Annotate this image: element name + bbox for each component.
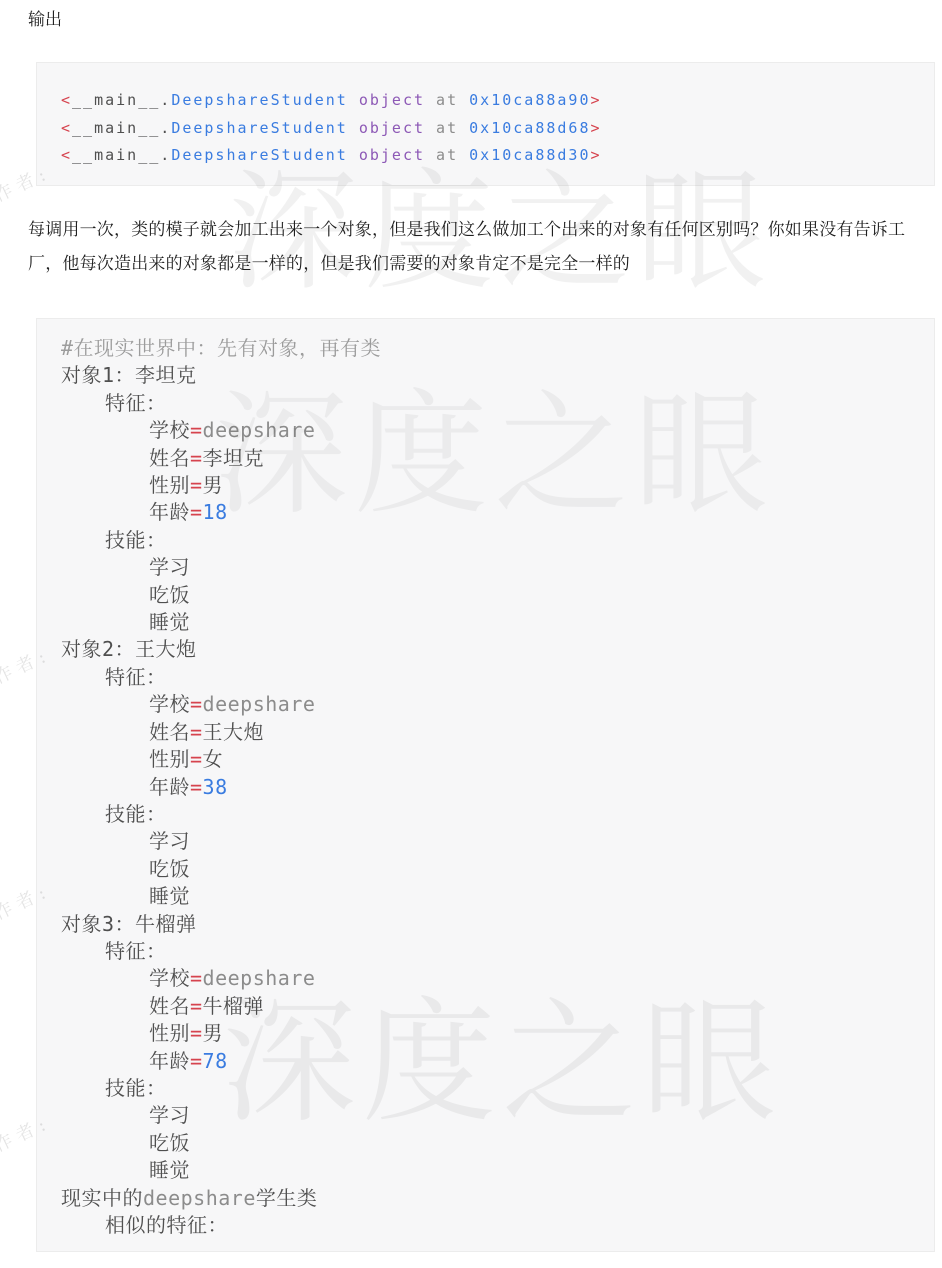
code-token: 年龄: [149, 500, 190, 524]
code-token: 性别: [149, 473, 190, 497]
code-token: object: [359, 91, 425, 109]
code-token: 年龄: [149, 1049, 190, 1073]
code-token: 性别: [149, 1021, 190, 1045]
code-line: 睡觉: [61, 609, 910, 636]
body-paragraph: 每调用一次，类的模子就会加工出来一个对象，但是我们这么做加工个出来的对象有任何区…: [28, 213, 922, 281]
code-token: =: [190, 994, 203, 1018]
code-line: 睡觉: [61, 883, 910, 910]
code-line: 学校=deepshare: [61, 691, 910, 718]
code-line: 吃饭: [61, 1130, 910, 1157]
code-token: =: [190, 473, 203, 497]
code-token: 男: [203, 1021, 224, 1045]
real-world-code-block: #在现实世界中：先有对象，再有类对象1：李坦克特征：学校=deepshare姓名…: [36, 318, 935, 1252]
code-line: 特征：: [61, 390, 910, 417]
code-token: 学习: [149, 1103, 190, 1127]
code-line: 现实中的deepshare学生类: [61, 1185, 910, 1212]
code-token: object: [359, 146, 425, 164]
code-token: 学校: [149, 692, 190, 716]
code-token: 特征：: [105, 391, 167, 415]
code-token: DeepshareStudent: [171, 91, 348, 109]
code-line: 相似的特征：: [61, 1212, 910, 1239]
code-line: 吃饭: [61, 582, 910, 609]
code-line: 姓名=牛榴弹: [61, 993, 910, 1020]
code-line: 年龄=38: [61, 774, 910, 801]
code-token: =: [190, 966, 203, 990]
code-token: deepshare: [203, 966, 316, 990]
code-line: 学习: [61, 1102, 910, 1129]
code-token: __main__.: [72, 91, 171, 109]
code-token: <: [61, 146, 72, 164]
code-token: 牛榴弹: [203, 994, 265, 1018]
code-token: <: [61, 91, 72, 109]
code-line: 学习: [61, 554, 910, 581]
code-token: =: [190, 418, 203, 442]
code-token: =: [190, 500, 203, 524]
code-token: 技能：: [105, 528, 167, 552]
code-token: 18: [203, 500, 228, 524]
code-token: 性别: [149, 747, 190, 771]
code-line: 性别=男: [61, 472, 910, 499]
code-line: 技能：: [61, 801, 910, 828]
code-token: 男: [203, 473, 224, 497]
code-token: =: [190, 720, 203, 744]
code-token: #在现实世界中：先有对象，再有类: [61, 336, 381, 360]
code-line: 技能：: [61, 1075, 910, 1102]
code-token: >: [591, 146, 602, 164]
code-token: deepshare: [143, 1186, 256, 1210]
code-token: =: [190, 446, 203, 470]
code-line: 姓名=李坦克: [61, 445, 910, 472]
code-token: DeepshareStudent: [171, 119, 348, 137]
code-token: object: [359, 119, 425, 137]
code-token: 38: [203, 775, 228, 799]
code-line: 年龄=18: [61, 499, 910, 526]
code-line: 学习: [61, 828, 910, 855]
code-token: 对象1：李坦克: [61, 363, 197, 387]
page: { "heading": "输出", "paragraph": "每调用一次，类…: [0, 0, 942, 1268]
code-token: [348, 146, 359, 164]
code-token: 睡觉: [149, 884, 190, 908]
code-token: 0x10ca88d30: [469, 146, 590, 164]
code-line: <__main__.DeepshareStudent object at 0x1…: [61, 115, 910, 143]
code-token: <: [61, 119, 72, 137]
code-token: 姓名: [149, 994, 190, 1018]
code-token: at: [425, 91, 469, 109]
code-token: 睡觉: [149, 1158, 190, 1182]
code-token: =: [190, 747, 203, 771]
code-token: 女: [203, 747, 224, 771]
code-token: 技能：: [105, 1076, 167, 1100]
code-line: 性别=男: [61, 1020, 910, 1047]
code-token: at: [425, 146, 469, 164]
code-token: 学生类: [256, 1186, 318, 1210]
code-token: 相似的特征：: [105, 1213, 228, 1237]
code-line: <__main__.DeepshareStudent object at 0x1…: [61, 142, 910, 170]
code-token: 现实中的: [61, 1186, 143, 1210]
code-token: 对象2：王大炮: [61, 637, 197, 661]
code-line: 特征：: [61, 938, 910, 965]
code-token: 学校: [149, 418, 190, 442]
code-line: <__main__.DeepshareStudent object at 0x1…: [61, 87, 910, 115]
code-token: 特征：: [105, 939, 167, 963]
code-line: 技能：: [61, 527, 910, 554]
code-line: 学校=deepshare: [61, 417, 910, 444]
code-line: 对象2：王大炮: [61, 636, 910, 663]
code-line: 睡觉: [61, 1157, 910, 1184]
code-line: 吃饭: [61, 856, 910, 883]
code-token: __main__.: [72, 146, 171, 164]
code-line: 学校=deepshare: [61, 965, 910, 992]
code-token: __main__.: [72, 119, 171, 137]
code-token: 李坦克: [203, 446, 265, 470]
code-token: [348, 119, 359, 137]
code-token: 学习: [149, 555, 190, 579]
code-token: 学校: [149, 966, 190, 990]
code-token: 吃饭: [149, 1131, 190, 1155]
code-token: =: [190, 1049, 203, 1073]
code-token: 78: [203, 1049, 228, 1073]
code-token: =: [190, 1021, 203, 1045]
code-line: 对象3：牛榴弹: [61, 911, 910, 938]
code-line: #在现实世界中：先有对象，再有类: [61, 335, 910, 362]
code-token: at: [425, 119, 469, 137]
code-line: 性别=女: [61, 746, 910, 773]
code-token: >: [591, 91, 602, 109]
code-token: =: [190, 775, 203, 799]
code-token: [348, 91, 359, 109]
code-line: 年龄=78: [61, 1048, 910, 1075]
code-token: 对象3：牛榴弹: [61, 912, 197, 936]
code-token: 0x10ca88d68: [469, 119, 590, 137]
code-token: 睡觉: [149, 610, 190, 634]
code-token: 姓名: [149, 720, 190, 744]
code-token: 吃饭: [149, 583, 190, 607]
code-line: 姓名=王大炮: [61, 719, 910, 746]
code-token: DeepshareStudent: [171, 146, 348, 164]
code-token: =: [190, 692, 203, 716]
code-token: >: [591, 119, 602, 137]
code-token: 吃饭: [149, 857, 190, 881]
code-token: 姓名: [149, 446, 190, 470]
code-token: 年龄: [149, 775, 190, 799]
output-code-block: <__main__.DeepshareStudent object at 0x1…: [36, 62, 935, 186]
code-token: deepshare: [203, 692, 316, 716]
page-title: 输出: [28, 5, 62, 30]
code-line: 特征：: [61, 664, 910, 691]
code-token: 特征：: [105, 665, 167, 689]
code-line: 对象1：李坦克: [61, 362, 910, 389]
code-token: 学习: [149, 829, 190, 853]
code-token: 王大炮: [203, 720, 265, 744]
code-token: 技能：: [105, 802, 167, 826]
code-token: 0x10ca88a90: [469, 91, 590, 109]
code-token: deepshare: [203, 418, 316, 442]
